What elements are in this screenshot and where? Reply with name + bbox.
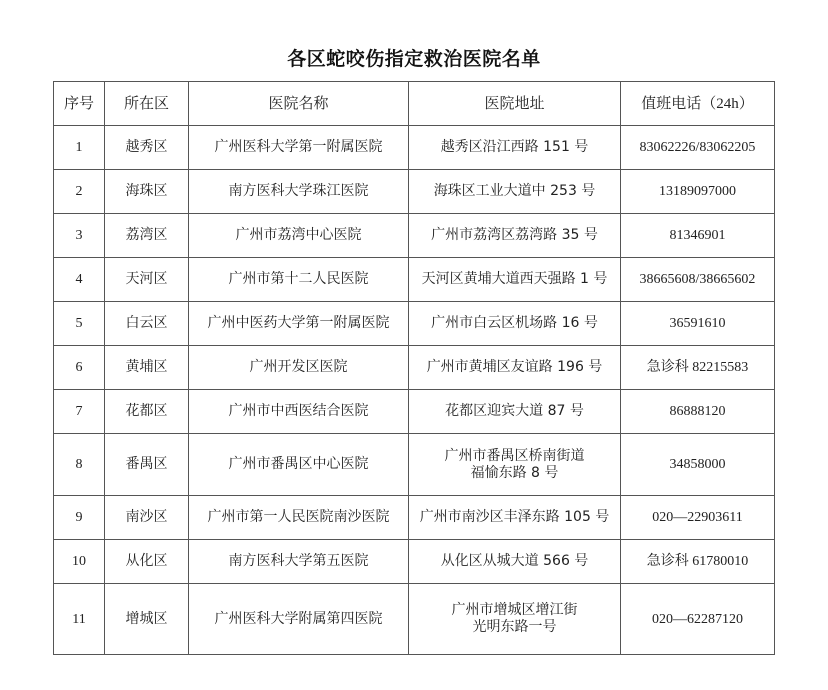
cell-seq: 6: [54, 346, 105, 390]
table-row: 6 黄埔区 广州开发区医院 广州市黄埔区友谊路 196 号 急诊科 822155…: [54, 346, 775, 390]
address-line1: 越秀区沿江西路 151 号: [409, 139, 620, 156]
cell-district: 天河区: [105, 258, 189, 302]
cell-phone: 86888120: [621, 390, 775, 434]
address-line1: 广州市白云区机场路 16 号: [409, 315, 620, 332]
cell-address: 越秀区沿江西路 151 号: [409, 126, 621, 170]
address-line1: 广州市增城区增江街: [409, 602, 620, 619]
header-phone-suffix: （24h）: [701, 96, 754, 112]
cell-district: 越秀区: [105, 126, 189, 170]
cell-address: 广州市荔湾区荔湾路 35 号: [409, 214, 621, 258]
cell-phone: 020—22903611: [621, 496, 775, 540]
cell-seq: 4: [54, 258, 105, 302]
cell-hospital: 广州市番禺区中心医院: [189, 434, 409, 496]
cell-address: 从化区从城大道 566 号: [409, 540, 621, 584]
cell-address: 广州市白云区机场路 16 号: [409, 302, 621, 346]
address-line1: 天河区黄埔大道西天强路 1 号: [409, 271, 620, 288]
address-line2: 福愉东路 8 号: [409, 465, 620, 482]
header-district: 所在区: [105, 82, 189, 126]
table-row: 9 南沙区 广州市第一人民医院南沙医院 广州市南沙区丰泽东路 105 号 020…: [54, 496, 775, 540]
cell-district: 番禺区: [105, 434, 189, 496]
table-row: 10 从化区 南方医科大学第五医院 从化区从城大道 566 号 急诊科 6178…: [54, 540, 775, 584]
cell-phone: 020—62287120: [621, 584, 775, 655]
header-phone: 值班电话（24h）: [621, 82, 775, 126]
table-row: 1 越秀区 广州医科大学第一附属医院 越秀区沿江西路 151 号 8306222…: [54, 126, 775, 170]
table-row: 8 番禺区 广州市番禺区中心医院 广州市番禺区桥南街道福愉东路 8 号 3485…: [54, 434, 775, 496]
cell-phone: 38665608/38665602: [621, 258, 775, 302]
cell-hospital: 广州医科大学第一附属医院: [189, 126, 409, 170]
cell-phone: 81346901: [621, 214, 775, 258]
cell-hospital: 广州开发区医院: [189, 346, 409, 390]
cell-hospital: 南方医科大学珠江医院: [189, 170, 409, 214]
cell-hospital: 南方医科大学第五医院: [189, 540, 409, 584]
table-row: 3 荔湾区 广州市荔湾中心医院 广州市荔湾区荔湾路 35 号 81346901: [54, 214, 775, 258]
address-line1: 广州市南沙区丰泽东路 105 号: [409, 509, 620, 526]
header-address: 医院地址: [409, 82, 621, 126]
cell-seq: 9: [54, 496, 105, 540]
address-line2: 光明东路一号: [409, 619, 620, 636]
cell-seq: 1: [54, 126, 105, 170]
header-seq: 序号: [54, 82, 105, 126]
cell-address: 花都区迎宾大道 87 号: [409, 390, 621, 434]
cell-seq: 11: [54, 584, 105, 655]
cell-seq: 3: [54, 214, 105, 258]
document-title: 各区蛇咬伤指定救治医院名单: [0, 44, 828, 71]
cell-hospital: 广州市中西医结合医院: [189, 390, 409, 434]
cell-district: 花都区: [105, 390, 189, 434]
cell-district: 增城区: [105, 584, 189, 655]
hospital-table: 序号 所在区 医院名称 医院地址 值班电话（24h） 1 越秀区 广州医科大学第…: [53, 81, 775, 655]
cell-seq: 8: [54, 434, 105, 496]
table-row: 7 花都区 广州市中西医结合医院 花都区迎宾大道 87 号 86888120: [54, 390, 775, 434]
cell-hospital: 广州市第一人民医院南沙医院: [189, 496, 409, 540]
address-line1: 广州市黄埔区友谊路 196 号: [409, 359, 620, 376]
table-row: 11 增城区 广州医科大学附属第四医院 广州市增城区增江街光明东路一号 020—…: [54, 584, 775, 655]
cell-district: 白云区: [105, 302, 189, 346]
cell-phone: 急诊科 82215583: [621, 346, 775, 390]
cell-district: 从化区: [105, 540, 189, 584]
cell-hospital: 广州市荔湾中心医院: [189, 214, 409, 258]
table-row: 5 白云区 广州中医药大学第一附属医院 广州市白云区机场路 16 号 36591…: [54, 302, 775, 346]
table-header-row: 序号 所在区 医院名称 医院地址 值班电话（24h）: [54, 82, 775, 126]
table-row: 4 天河区 广州市第十二人民医院 天河区黄埔大道西天强路 1 号 3866560…: [54, 258, 775, 302]
cell-address: 广州市南沙区丰泽东路 105 号: [409, 496, 621, 540]
cell-address: 海珠区工业大道中 253 号: [409, 170, 621, 214]
cell-seq: 10: [54, 540, 105, 584]
cell-phone: 83062226/83062205: [621, 126, 775, 170]
cell-seq: 5: [54, 302, 105, 346]
cell-address: 广州市增城区增江街光明东路一号: [409, 584, 621, 655]
cell-seq: 7: [54, 390, 105, 434]
address-line1: 从化区从城大道 566 号: [409, 553, 620, 570]
cell-district: 海珠区: [105, 170, 189, 214]
cell-hospital: 广州中医药大学第一附属医院: [189, 302, 409, 346]
cell-address: 广州市黄埔区友谊路 196 号: [409, 346, 621, 390]
cell-district: 荔湾区: [105, 214, 189, 258]
cell-address: 天河区黄埔大道西天强路 1 号: [409, 258, 621, 302]
cell-phone: 急诊科 61780010: [621, 540, 775, 584]
cell-phone: 34858000: [621, 434, 775, 496]
cell-hospital: 广州医科大学附属第四医院: [189, 584, 409, 655]
address-line1: 海珠区工业大道中 253 号: [409, 183, 620, 200]
address-line1: 花都区迎宾大道 87 号: [409, 403, 620, 420]
cell-address: 广州市番禺区桥南街道福愉东路 8 号: [409, 434, 621, 496]
cell-district: 南沙区: [105, 496, 189, 540]
cell-phone: 36591610: [621, 302, 775, 346]
address-line1: 广州市荔湾区荔湾路 35 号: [409, 227, 620, 244]
address-line1: 广州市番禺区桥南街道: [409, 448, 620, 465]
header-phone-label: 值班电话: [641, 94, 701, 112]
cell-hospital: 广州市第十二人民医院: [189, 258, 409, 302]
cell-district: 黄埔区: [105, 346, 189, 390]
table-row: 2 海珠区 南方医科大学珠江医院 海珠区工业大道中 253 号 13189097…: [54, 170, 775, 214]
header-hospital: 医院名称: [189, 82, 409, 126]
cell-seq: 2: [54, 170, 105, 214]
cell-phone: 13189097000: [621, 170, 775, 214]
